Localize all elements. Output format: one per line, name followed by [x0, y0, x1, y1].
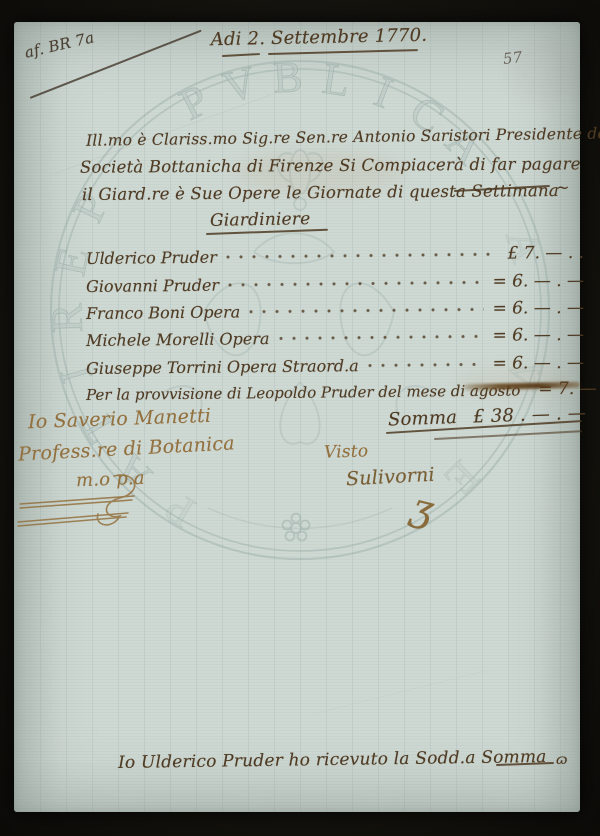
total-underline [434, 430, 582, 439]
dotted-leader [226, 251, 499, 261]
photographed-manuscript: PVBLICAPERITAAVPE af. BR 7a Adi 2. Sette… [0, 0, 600, 836]
total-label: Somma [388, 407, 458, 430]
visto-label: Visto [324, 441, 369, 463]
letter-line-1: Ill.mo è Clariss.mo Sig.re Sen.re Antoni… [86, 124, 600, 150]
dotted-leader [368, 361, 484, 369]
entry-name: Franco Boni Opera [86, 302, 240, 323]
date-line: Adi 2. Settembre 1770. [199, 24, 439, 50]
page-number: 57 [502, 48, 524, 68]
paper-sheet: PVBLICAPERITAAVPE af. BR 7a Adi 2. Sette… [14, 22, 580, 812]
entry-amount: £ 7. — . . [507, 243, 584, 264]
signature-left-flourish [14, 472, 184, 542]
letter-line-3-tail: ~ [556, 178, 570, 197]
archival-ref: af. BR 7a [23, 28, 96, 61]
signature-right-paraph: ʒ [407, 484, 439, 532]
svg-text:I: I [368, 67, 399, 118]
date-underline [268, 49, 418, 54]
dotted-leader [249, 306, 483, 315]
letter-line-2: Società Bottanicha di Firenze Si Compiac… [80, 154, 581, 176]
svg-text:E: E [435, 451, 488, 505]
entry-name: Michele Morelli Opera [86, 329, 270, 350]
svg-text:L: L [319, 54, 353, 107]
dotted-leader [278, 333, 483, 342]
entry-amount: = 6. — . — [492, 271, 584, 292]
signature-left-line-2: Profess.re di Botanica [18, 432, 236, 465]
letter-line-3: il Giard.re è Sue Opere le Giornate di q… [82, 181, 559, 204]
entry-name: Ulderico Pruder [86, 248, 217, 268]
entry-row: Per la provvisione di Leopoldo Pruder de… [86, 375, 584, 404]
entry-name: Giovanni Pruder [86, 276, 219, 296]
svg-text:P: P [172, 75, 216, 130]
entry-row: Giovanni Pruder = 6. — . — [86, 267, 584, 296]
svg-text:V: V [218, 57, 262, 113]
watermark-rosette [283, 514, 310, 541]
entry-row: Franco Boni Opera = 6. — . — [86, 294, 584, 323]
paper-crease [314, 668, 489, 713]
entry-amount: = 6. — . — [492, 325, 584, 346]
entry-name: Per la provvisione di Leopoldo Pruder de… [86, 381, 520, 404]
entry-row: Giuseppe Torrini Opera Straord.a = 6. — … [86, 349, 584, 378]
watermark-inner-arc [208, 508, 392, 528]
svg-text:R: R [42, 302, 92, 334]
entry-name: Giuseppe Torrini Opera Straord.a [86, 356, 359, 378]
entry-row: Ulderico Pruder £ 7. — . . [86, 239, 584, 268]
svg-text:B: B [272, 52, 304, 102]
receipt-tail-curl: ɷ [556, 752, 568, 768]
signature-left-line-1: Io Saverio Manetti [28, 405, 212, 433]
section-heading: Giardiniere [210, 209, 311, 231]
receipt-line: Io Ulderico Pruder ho ricevuto la Sodd.a… [118, 747, 547, 773]
date-underline [222, 53, 260, 56]
entry-row: Michele Morelli Opera = 6. — . — [86, 321, 584, 350]
dotted-leader [228, 279, 484, 289]
entry-amount: = 6. — . — [492, 353, 584, 374]
entry-amount: = 6. — . — [492, 298, 584, 319]
